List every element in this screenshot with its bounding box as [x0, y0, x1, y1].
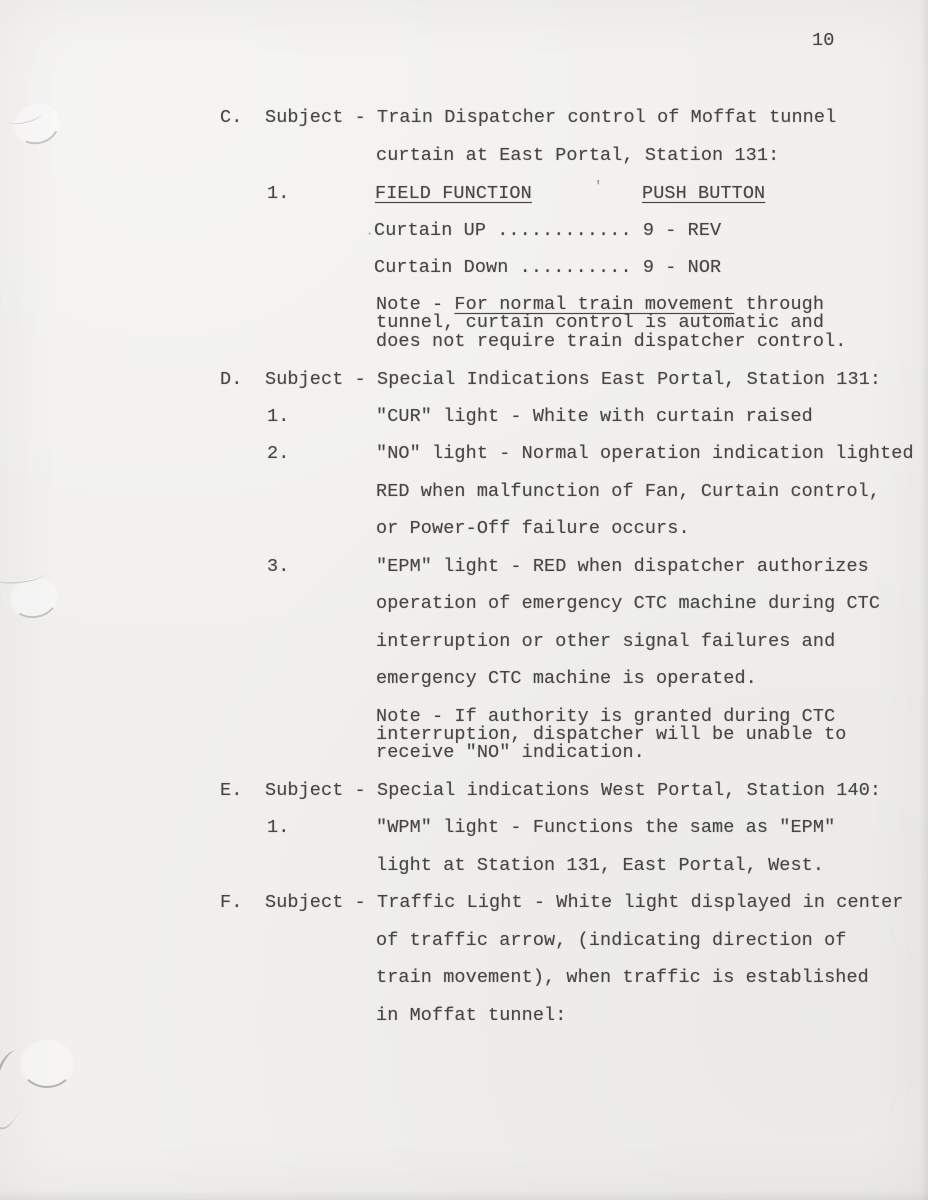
section-d-item3-number: 3.: [267, 555, 289, 578]
document-page: 10 C. Subject - Train Dispatcher control…: [0, 0, 928, 1200]
scan-edge-shadow: [920, 0, 928, 1200]
section-e-subject-line: Subject - Special indications West Porta…: [265, 779, 881, 802]
page-number: 10: [812, 29, 834, 52]
stray-ink-mark: ': [594, 176, 603, 199]
section-d-item2-line3: or Power-Off failure occurs.: [376, 517, 690, 540]
hole-punch-mark: [20, 1040, 74, 1088]
curtain-down-row: Curtain Down .......... 9 - NOR: [374, 256, 721, 279]
section-d-item2-line2: RED when malfunction of Fan, Curtain con…: [376, 480, 880, 503]
section-e-item1-line2: light at Station 131, East Portal, West.: [376, 854, 824, 877]
push-button-header: PUSH BUTTON: [642, 182, 765, 205]
section-f-line4: in Moffat tunnel:: [376, 1004, 566, 1027]
section-c-item1-number: 1.: [267, 182, 289, 205]
section-d-item3-line3: interruption or other signal failures an…: [376, 630, 835, 653]
scan-edge-shadow: [0, 1190, 928, 1200]
section-d-item3-line2: operation of emergency CTC machine durin…: [376, 592, 880, 615]
section-d-item1-number: 1.: [267, 405, 289, 428]
field-function-header: FIELD FUNCTION: [375, 182, 532, 205]
section-d-item2-number: 2.: [267, 442, 289, 465]
section-d-subject-line: Subject - Special Indications East Porta…: [265, 368, 881, 391]
section-f-line3: train movement), when traffic is establi…: [376, 966, 869, 989]
section-f-label: F.: [220, 891, 242, 914]
section-c-label: C.: [220, 106, 242, 129]
section-e-item1-line1: "WPM" light - Functions the same as "EPM…: [376, 816, 835, 839]
section-d-item1-line1: "CUR" light - White with curtain raised: [376, 405, 813, 428]
section-d-note-line3: receive "NO" indication.: [376, 741, 645, 764]
section-e-label: E.: [220, 779, 242, 802]
section-c-note-line3: does not require train dispatcher contro…: [376, 330, 846, 353]
stray-dot-mark: ·: [366, 223, 373, 246]
section-f-subject-line: Subject - Traffic Light - White light di…: [265, 891, 904, 914]
section-d-item3-line4: emergency CTC machine is operated.: [376, 667, 757, 690]
curtain-up-row: Curtain UP ............ 9 - REV: [374, 219, 721, 242]
section-f-line2: of traffic arrow, (indicating direction …: [376, 929, 846, 952]
section-d-label: D.: [220, 368, 242, 391]
section-d-item2-line1: "NO" light - Normal operation indication…: [376, 442, 914, 465]
section-e-item1-number: 1.: [267, 816, 289, 839]
section-c-subject-line2: curtain at East Portal, Station 131:: [376, 144, 779, 167]
section-c-subject-line1: Subject - Train Dispatcher control of Mo…: [265, 106, 836, 129]
section-d-item3-line1: "EPM" light - RED when dispatcher author…: [376, 555, 869, 578]
